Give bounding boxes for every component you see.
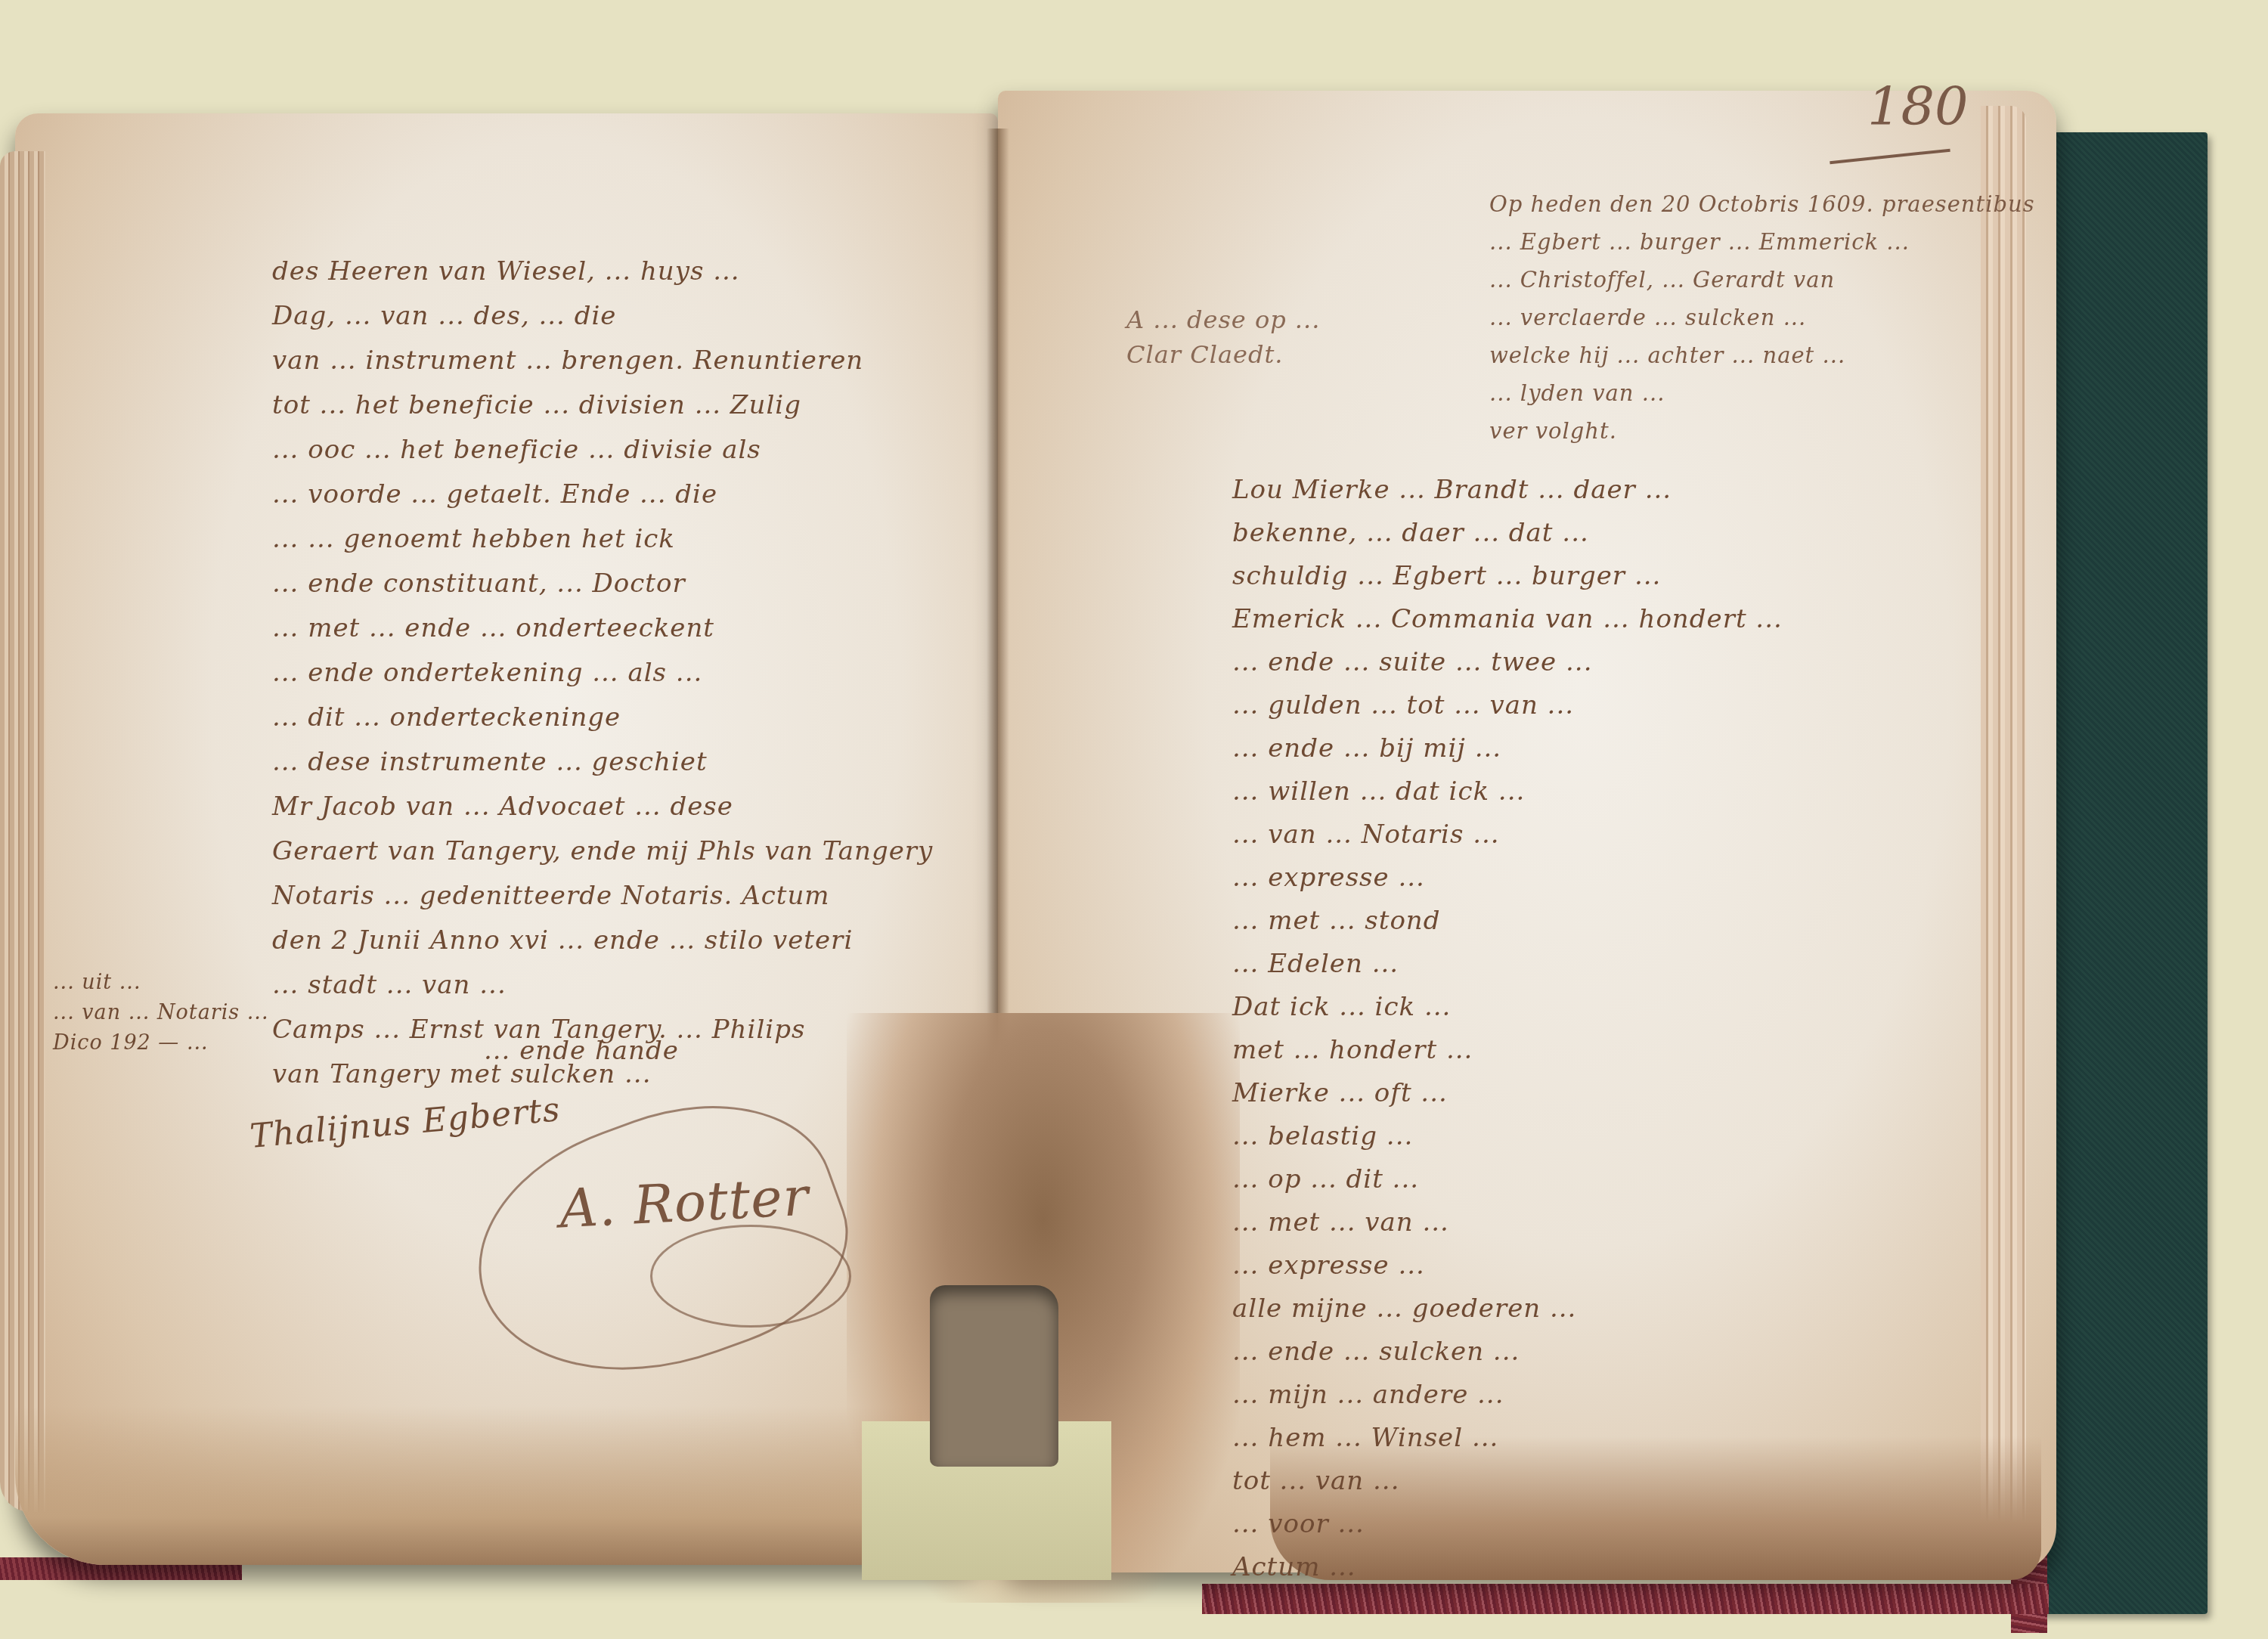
signature-flourish-loop	[650, 1225, 851, 1328]
text-line: Emerick ... Commania van ... hondert ...	[1232, 598, 1988, 641]
text-line: ... mijn ... andere ...	[1232, 1374, 1988, 1417]
text-line: tot ... van ...	[1232, 1460, 1988, 1503]
text-line: Dico 192 — ...	[53, 1028, 269, 1058]
text-line: met ... hondert ...	[1232, 1029, 1988, 1072]
page-number: 180	[1867, 76, 1969, 138]
left-page-margin-note: ... uit ... ... van ... Notaris ... Dico…	[53, 968, 269, 1058]
text-line: Mr Jacob van ... Advocaet ... dese	[272, 785, 953, 829]
text-line: ... verclaerde ... sulcken ...	[1489, 299, 2035, 336]
text-line: ... willen ... dat ick ...	[1232, 770, 1988, 813]
text-line: ... ende ... bij mij ...	[1232, 727, 1988, 770]
text-line: ... voorde ... getaelt. Ende ... die	[272, 472, 953, 517]
text-line: tot ... het beneficie ... divisien ... Z…	[272, 383, 953, 428]
text-line: ... met ... stond	[1232, 900, 1988, 943]
text-line: Actum ...	[1232, 1546, 1988, 1589]
text-line: ... expresse ...	[1232, 857, 1988, 900]
text-line: den 2 Junii Anno xvi ... ende ... stilo …	[272, 919, 953, 963]
text-line: van ... instrument ... brengen. Renuntie…	[272, 339, 953, 383]
burn-hole	[930, 1285, 1058, 1467]
text-line: ... met ... van ...	[1232, 1201, 1988, 1244]
text-line: ... hem ... Winsel ...	[1232, 1417, 1988, 1460]
text-line: ... op ... dit ...	[1232, 1158, 1988, 1201]
signature-notary: A. Rotter	[558, 1165, 810, 1240]
text-line: Mierke ... oft ...	[1232, 1072, 1988, 1115]
manuscript-photo: 180 Op heden den 20 Octobris 1609. praes…	[0, 0, 2268, 1639]
text-line: ... uit ...	[53, 968, 269, 998]
text-line: ... gulden ... tot ... van ...	[1232, 684, 1988, 727]
text-line: ... stadt ... van ...	[272, 963, 953, 1008]
text-line: ... Egbert ... burger ... Emmerick ...	[1489, 223, 2035, 261]
text-line: ... dese instrumente ... geschiet	[272, 740, 953, 785]
right-page-margin-note: A ... dese op ... Clar Claedt.	[1126, 302, 1320, 372]
burn-damage-left	[15, 1406, 922, 1565]
cover-board	[2034, 132, 2208, 1614]
text-line: ... van ... Notaris ...	[53, 998, 269, 1028]
text-line: Geraert van Tangery, ende mij Phls van T…	[272, 829, 953, 874]
text-line: ... ende constituant, ... Doctor	[272, 562, 953, 606]
text-line: schuldig ... Egbert ... burger ...	[1232, 555, 1988, 598]
text-line: ver volght.	[1489, 412, 2035, 450]
right-page-header-text: Op heden den 20 Octobris 1609. praesenti…	[1489, 185, 2035, 450]
text-line: Dag, ... van ... des, ... die	[272, 294, 953, 339]
text-line: Lou Mierke ... Brandt ... daer ...	[1232, 469, 1988, 512]
text-line: ... ooc ... het beneficie ... divisie al…	[272, 428, 953, 472]
text-line: des Heeren van Wiesel, ... huys ...	[272, 249, 953, 294]
text-line: ... voor ...	[1232, 1503, 1988, 1546]
text-line: ... ende ondertekening ... als ...	[272, 651, 953, 696]
text-line: ... van ... Notaris ...	[1232, 813, 1988, 857]
text-line: ... lyden van ...	[1489, 374, 2035, 412]
text-line: ... ende ... sulcken ...	[1232, 1331, 1988, 1374]
text-line: Clar Claedt.	[1126, 337, 1320, 372]
text-line: Notaris ... gedenitteerde Notaris. Actum	[272, 874, 953, 919]
text-line: ... ende ... suite ... twee ...	[1232, 641, 1988, 684]
text-line: ... dit ... onderteckeninge	[272, 696, 953, 740]
text-line: welcke hij ... achter ... naet ...	[1489, 336, 2035, 374]
text-line: ... expresse ...	[1232, 1244, 1988, 1287]
text-line: ... Edelen ...	[1232, 943, 1988, 986]
closing-phrase: ... ende hande	[484, 1036, 679, 1066]
text-line: bekenne, ... daer ... dat ...	[1232, 512, 1988, 555]
text-line: A ... dese op ...	[1126, 302, 1320, 337]
text-line: ... Christoffel, ... Gerardt van	[1489, 261, 2035, 299]
text-line: ... met ... ende ... onderteeckent	[272, 606, 953, 651]
right-page-body-text: Lou Mierke ... Brandt ... daer ... beken…	[1232, 469, 1988, 1589]
text-line: Op heden den 20 Octobris 1609. praesenti…	[1489, 185, 2035, 223]
text-line: alle mijne ... goederen ...	[1232, 1287, 1988, 1331]
left-page-body-text: des Heeren van Wiesel, ... huys ... Dag,…	[272, 249, 953, 1097]
left-page-edges	[0, 151, 45, 1512]
text-line: ... belastig ...	[1232, 1115, 1988, 1158]
text-line: Dat ick ... ick ...	[1232, 986, 1988, 1029]
text-line: ... ... genoemt hebben het ick	[272, 517, 953, 562]
